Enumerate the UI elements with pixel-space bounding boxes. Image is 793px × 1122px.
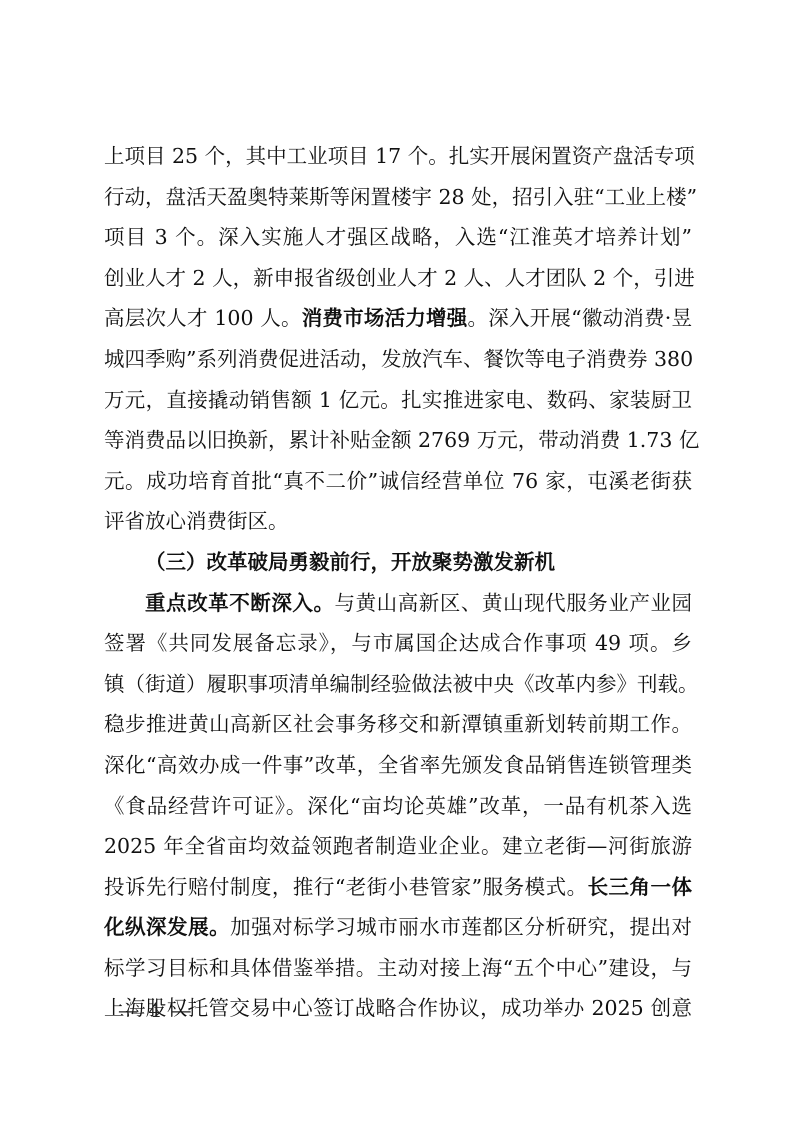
text-run: 加强对标学习城市丽水市莲都区分析研究，提出对 bbox=[230, 915, 692, 939]
bold-phrase: 长三角一体 bbox=[588, 875, 692, 899]
text-run: 创业人才 2 人，新申报省级创业人才 2 人、人才团队 2 个，引进 bbox=[104, 266, 695, 290]
text-line: 元。成功培育首批“真不二价”诚信经营单位 76 家，屯溪老街获 bbox=[104, 461, 692, 502]
text-line: 等消费品以旧换新，累计补贴金额 2769 万元，带动消费 1.73 亿 bbox=[104, 420, 692, 461]
document-body: 上项目 25 个，其中工业项目 17 个。扎实开展闲置资产盘活专项行动，盘活天盈… bbox=[104, 136, 692, 1029]
page-number: — 4 — bbox=[118, 998, 193, 1022]
text-line: 标学习目标和具体借鉴举措。主动对接上海“五个中心”建设，与 bbox=[104, 948, 692, 989]
text-line: 《食品经营许可证》。深化“亩均论英雄”改革，一品有机茶入选 bbox=[104, 786, 692, 827]
text-run: 行动，盘活天盈奥特莱斯等闲置楼宇 28 处，招引入驻“工业上楼” bbox=[104, 185, 697, 209]
text-line: 重点改革不断深入。与黄山高新区、黄山现代服务业产业园 bbox=[104, 583, 692, 624]
text-line: 化纵深发展。加强对标学习城市丽水市莲都区分析研究，提出对 bbox=[104, 907, 692, 948]
text-run: 万元，直接撬动销售额 1 亿元。扎实推进家电、数码、家装厨卫 bbox=[104, 388, 692, 412]
text-line: 创业人才 2 人，新申报省级创业人才 2 人、人才团队 2 个，引进 bbox=[104, 258, 692, 299]
text-line: 万元，直接撬动销售额 1 亿元。扎实推进家电、数码、家装厨卫 bbox=[104, 380, 692, 421]
text-run: 与黄山高新区、黄山现代服务业产业园 bbox=[335, 591, 692, 615]
text-line: 项目 3 个。深入实施人才强区战略，入选“江淮英才培养计划” bbox=[104, 217, 692, 258]
bold-phrase: 化纵深发展。 bbox=[104, 915, 230, 939]
bold-phrase: 重点改革不断深入。 bbox=[145, 591, 335, 615]
text-run: 稳步推进黄山高新区社会事务移交和新潭镇重新划转前期工作。 bbox=[104, 712, 692, 736]
text-line: 投诉先行赔付制度，推行“老街小巷管家”服务模式。长三角一体 bbox=[104, 867, 692, 908]
section-heading: （三）改革破局勇毅前行，开放聚势激发新机 bbox=[104, 542, 692, 583]
text-line: 深化“高效办成一件事”改革，全省率先颁发食品销售连锁管理类 bbox=[104, 745, 692, 786]
text-run: 元。成功培育首批“真不二价”诚信经营单位 76 家，屯溪老街获 bbox=[104, 469, 692, 493]
bold-phrase: （三）改革破局勇毅前行，开放聚势激发新机 bbox=[145, 550, 555, 574]
text-run: 镇（街道）履职事项清单编制经验做法被中央《改革内参》刊载。 bbox=[104, 672, 699, 696]
text-line: 上项目 25 个，其中工业项目 17 个。扎实开展闲置资产盘活专项 bbox=[104, 136, 692, 177]
text-run: 投诉先行赔付制度，推行“老街小巷管家”服务模式。 bbox=[104, 875, 588, 899]
text-run: 上项目 25 个，其中工业项目 17 个。扎实开展闲置资产盘活专项 bbox=[104, 144, 695, 168]
text-run: 《食品经营许可证》。深化“亩均论英雄”改革，一品有机茶入选 bbox=[104, 794, 692, 818]
text-line: 高层次人才 100 人。消费市场活力增强。深入开展“徽动消费·昱 bbox=[104, 298, 692, 339]
text-run: 城四季购”系列消费促进活动，发放汽车、餐饮等电子消费券 380 bbox=[104, 347, 693, 371]
text-line: 镇（街道）履职事项清单编制经验做法被中央《改革内参》刊载。 bbox=[104, 664, 692, 705]
text-line: 评省放心消费街区。 bbox=[104, 501, 692, 542]
text-line: 城四季购”系列消费促进活动，发放汽车、餐饮等电子消费券 380 bbox=[104, 339, 692, 380]
text-run: 高层次人才 100 人。 bbox=[104, 306, 302, 330]
text-run: 项目 3 个。深入实施人才强区战略，入选“江淮英才培养计划” bbox=[104, 225, 692, 249]
text-line: 稳步推进黄山高新区社会事务移交和新潭镇重新划转前期工作。 bbox=[104, 704, 692, 745]
text-run: 。深入开展“徽动消费·昱 bbox=[468, 306, 692, 330]
text-run: 等消费品以旧换新，累计补贴金额 2769 万元，带动消费 1.73 亿 bbox=[104, 428, 699, 452]
text-run: 2025 年全省亩均效益领跑者制造业企业。建立老街—河街旅游 bbox=[104, 834, 692, 858]
text-line: 2025 年全省亩均效益领跑者制造业企业。建立老街—河街旅游 bbox=[104, 826, 692, 867]
text-run: 标学习目标和具体借鉴举措。主动对接上海“五个中心”建设，与 bbox=[104, 956, 692, 980]
text-run: 深化“高效办成一件事”改革，全省率先颁发食品销售连锁管理类 bbox=[104, 753, 692, 777]
text-run: 签署《共同发展备忘录》，与市属国企达成合作事项 49 项。乡 bbox=[104, 631, 692, 655]
text-run: 评省放心消费街区。 bbox=[104, 509, 289, 533]
text-line: 行动，盘活天盈奥特莱斯等闲置楼宇 28 处，招引入驻“工业上楼” bbox=[104, 177, 692, 218]
bold-phrase: 消费市场活力增强 bbox=[302, 306, 468, 330]
text-line: 签署《共同发展备忘录》，与市属国企达成合作事项 49 项。乡 bbox=[104, 623, 692, 664]
